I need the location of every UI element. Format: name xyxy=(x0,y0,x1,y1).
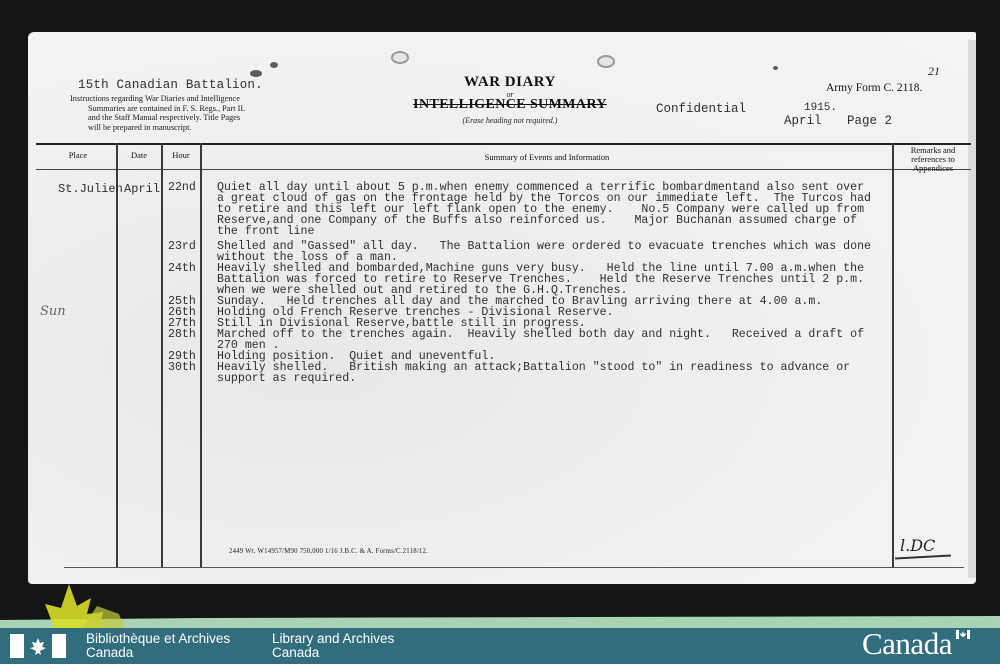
punch-hole-right xyxy=(597,55,615,68)
instructions-line: Instructions regarding War Diaries and I… xyxy=(70,94,290,104)
header-hour: Hour xyxy=(162,150,200,160)
page-label: Page 2 xyxy=(847,114,892,128)
header-remarks-line: Appendices xyxy=(893,164,973,173)
org-name-french-line: Canada xyxy=(86,646,230,660)
entry-summary: Heavily shelled and bombarded,Machine gu… xyxy=(217,263,897,296)
place-cell: St.Julien xyxy=(58,182,123,196)
title-intelligence-summary-struck: INTELLIGENCE SUMMARY xyxy=(380,97,640,113)
title-war-diary: WAR DIARY xyxy=(380,74,640,91)
table-top-rule xyxy=(36,143,971,145)
hour-cell: 23rd xyxy=(168,241,196,252)
canada-flag-icon xyxy=(10,634,66,658)
org-name-french-line: Bibliothèque et Archives xyxy=(86,632,230,646)
instructions-line: Summaries are contained in F. S. Regs., … xyxy=(70,104,290,114)
title-note: (Erase heading not required.) xyxy=(380,116,640,125)
entry-summary: Quiet all day until about 5 p.m.when ene… xyxy=(217,182,897,237)
year: 1915. xyxy=(804,102,837,114)
entry-line: support as required. xyxy=(217,373,897,384)
entry-line: Marched off to the trenches again. Heavi… xyxy=(217,329,897,340)
wordmark-flag-icon xyxy=(956,630,970,639)
maple-leaf-graphic xyxy=(25,584,135,630)
org-name-french[interactable]: Bibliothèque et Archives Canada xyxy=(86,632,230,660)
header-date: Date xyxy=(117,150,161,160)
unit-name: 15th Canadian Battalion. xyxy=(78,78,263,92)
entry-summary: Marched off to the trenches again. Heavi… xyxy=(217,329,897,351)
instructions-line: will be prepared in manuscript. xyxy=(70,123,290,133)
header-remarks: Remarks and references to Appendices xyxy=(893,146,973,173)
margin-note: Sun xyxy=(40,304,66,319)
entry-summary: Shelled and "Gassed" all day. The Battal… xyxy=(217,241,897,263)
column-divider xyxy=(116,143,118,568)
header-rule xyxy=(36,169,971,170)
form-title: WAR DIARY or INTELLIGENCE SUMMARY (Erase… xyxy=(380,74,640,125)
hour-cell: 30th xyxy=(168,362,196,373)
hour-cell: 24th xyxy=(168,263,196,274)
instructions-line: and the Staff Manual respectively. Title… xyxy=(70,113,290,123)
org-name-english-line: Library and Archives xyxy=(272,632,394,646)
org-name-english[interactable]: Library and Archives Canada xyxy=(272,632,394,660)
page-edge xyxy=(968,40,976,578)
hour-cell: 22nd xyxy=(168,182,196,193)
month: April xyxy=(784,114,822,128)
table-bottom-rule xyxy=(64,567,964,568)
ink-stain xyxy=(773,66,778,70)
org-name-english-line: Canada xyxy=(272,646,394,660)
ink-stain xyxy=(270,62,278,68)
signature-initials: l.DC xyxy=(900,536,935,555)
army-form-number: Army Form C. 2118. xyxy=(826,82,922,94)
entry-line: Reserve,and one Company of the Buffs als… xyxy=(217,215,897,226)
ink-stain xyxy=(250,70,262,77)
column-divider xyxy=(200,143,202,568)
entry-summary: Heavily shelled. British making an attac… xyxy=(217,362,897,384)
classification: Confidential xyxy=(656,102,746,116)
entry-line: the front line xyxy=(217,226,897,237)
instructions-note: Instructions regarding War Diaries and I… xyxy=(70,94,290,132)
column-divider xyxy=(161,143,163,568)
date-cell: April xyxy=(124,182,160,196)
header-summary: Summary of Events and Information xyxy=(202,152,892,162)
handwritten-page-number: 21 xyxy=(928,64,940,79)
printer-imprint: 2449 Wt. W14957/M90 750,000 1/16 J.B.C. … xyxy=(229,548,428,555)
hour-cell: 28th xyxy=(168,329,196,340)
header-place: Place xyxy=(40,150,116,160)
punch-hole-left xyxy=(391,51,409,64)
canada-wordmark[interactable]: Canada xyxy=(862,626,952,662)
